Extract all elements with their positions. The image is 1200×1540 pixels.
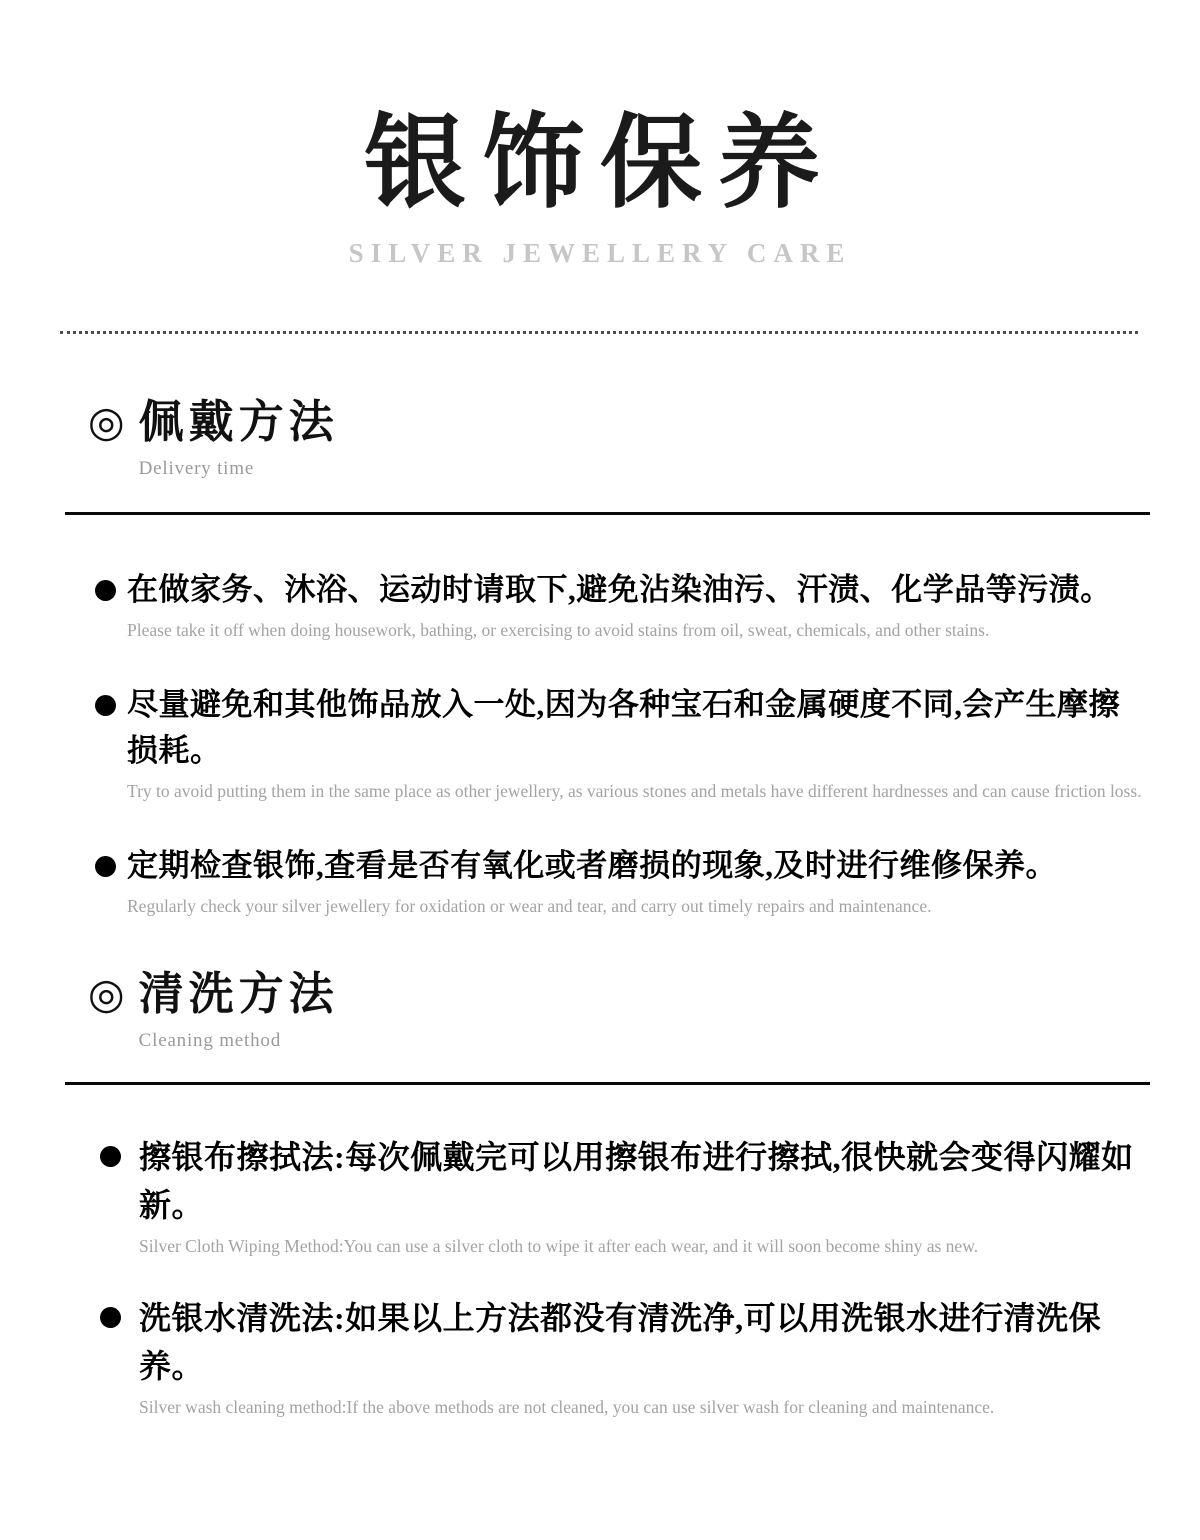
list-item-texts: 洗银水清洗法:如果以上方法都没有清洗净,可以用洗银水进行清洗保养。 Silver… — [139, 1294, 1148, 1419]
list-item-texts: 在做家务、沐浴、运动时请取下,避免沾染油污、汗渍、化学品等污渍。 Please … — [127, 567, 1148, 642]
section-title: 佩戴方法 — [139, 396, 339, 448]
silver-care-guide-page: 银饰保养 SILVER JEWELLERY CARE ◎ 佩戴方法 Delive… — [0, 0, 1200, 1540]
section-cleaning-method: ◎ 清洗方法 Cleaning method 擦银布擦拭法:每次佩戴完可以用擦银… — [0, 968, 1200, 1419]
bullseye-icon: ◎ — [88, 396, 125, 448]
tip-text-en: Try to avoid putting them in the same pl… — [127, 779, 1148, 803]
section-header: ◎ 佩戴方法 Delivery time — [0, 396, 1200, 482]
tips-list: 在做家务、沐浴、运动时请取下,避免沾染油污、汗渍、化学品等污渍。 Please … — [0, 567, 1200, 918]
tip-text-en: Silver Cloth Wiping Method:You can use a… — [139, 1234, 1148, 1258]
section-title: 清洗方法 — [139, 968, 339, 1020]
tips-list: 擦银布擦拭法:每次佩戴完可以用擦银布进行擦拭,很快就会变得闪耀如新。 Silve… — [0, 1133, 1200, 1419]
bullet-dot-icon — [100, 1307, 121, 1328]
tip-text-zh: 定期检查银饰,查看是否有氧化或者磨损的现象,及时进行维修保养。 — [127, 843, 1148, 889]
tip-text-en: Silver wash cleaning method:If the above… — [139, 1395, 1148, 1419]
section-divider — [65, 1082, 1150, 1085]
tip-text-zh: 擦银布擦拭法:每次佩戴完可以用擦银布进行擦拭,很快就会变得闪耀如新。 — [139, 1133, 1148, 1229]
list-item: 定期检查银饰,查看是否有氧化或者磨损的现象,及时进行维修保养。 Regularl… — [95, 843, 1148, 918]
tip-text-en: Please take it off when doing housework,… — [127, 618, 1148, 642]
tip-text-en: Regularly check your silver jewellery fo… — [127, 894, 1148, 918]
list-item: 洗银水清洗法:如果以上方法都没有清洗净,可以用洗银水进行清洗保养。 Silver… — [100, 1294, 1148, 1419]
page-subtitle: SILVER JEWELLERY CARE — [0, 238, 1200, 269]
list-item-texts: 定期检查银饰,查看是否有氧化或者磨损的现象,及时进行维修保养。 Regularl… — [127, 843, 1148, 918]
section-wearing-method: ◎ 佩戴方法 Delivery time 在做家务、沐浴、运动时请取下,避免沾染… — [0, 396, 1200, 918]
bullet-dot-icon — [95, 695, 116, 716]
bullseye-icon: ◎ — [88, 968, 125, 1020]
list-item: 擦银布擦拭法:每次佩戴完可以用擦银布进行擦拭,很快就会变得闪耀如新。 Silve… — [100, 1133, 1148, 1258]
bullet-dot-icon — [95, 580, 116, 601]
tip-text-zh: 尽量避免和其他饰品放入一处,因为各种宝石和金属硬度不同,会产生摩擦损耗。 — [127, 682, 1148, 774]
section-divider — [65, 512, 1150, 515]
list-item: 在做家务、沐浴、运动时请取下,避免沾染油污、汗渍、化学品等污渍。 Please … — [95, 567, 1148, 642]
section-subtitle: Cleaning method — [139, 1028, 339, 1054]
list-item-texts: 擦银布擦拭法:每次佩戴完可以用擦银布进行擦拭,很快就会变得闪耀如新。 Silve… — [139, 1133, 1148, 1258]
section-header-text: 清洗方法 Cleaning method — [139, 968, 339, 1054]
list-item-texts: 尽量避免和其他饰品放入一处,因为各种宝石和金属硬度不同,会产生摩擦损耗。 Try… — [127, 682, 1148, 803]
page-title: 银饰保养 — [0, 108, 1200, 218]
section-header-text: 佩戴方法 Delivery time — [139, 396, 339, 482]
dotted-divider — [60, 331, 1138, 334]
list-item: 尽量避免和其他饰品放入一处,因为各种宝石和金属硬度不同,会产生摩擦损耗。 Try… — [95, 682, 1148, 803]
section-header: ◎ 清洗方法 Cleaning method — [0, 968, 1200, 1054]
tip-text-zh: 在做家务、沐浴、运动时请取下,避免沾染油污、汗渍、化学品等污渍。 — [127, 567, 1148, 613]
section-subtitle: Delivery time — [139, 456, 339, 482]
bullet-dot-icon — [95, 856, 116, 877]
tip-text-zh: 洗银水清洗法:如果以上方法都没有清洗净,可以用洗银水进行清洗保养。 — [139, 1294, 1148, 1390]
bullet-dot-icon — [100, 1146, 121, 1167]
